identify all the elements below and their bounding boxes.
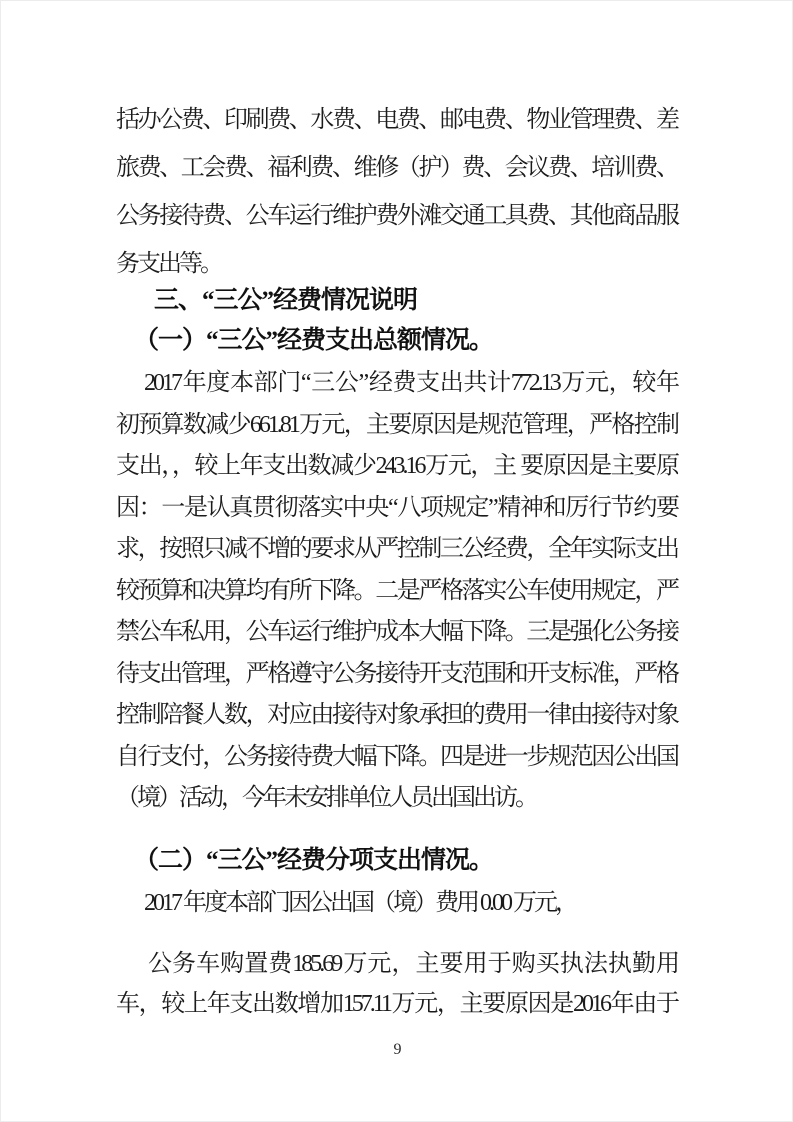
text-line: 较预算和决算均有所下降。二是严格落实公车使用规定，严 [116, 571, 677, 613]
text-line: 旅费、工会费、福利费、维修（护）费、会议费、培训费、 [116, 144, 677, 192]
text-line: 禁公车私用，公车运行维护成本大幅下降。三是强化公务接 [116, 612, 677, 654]
text-line: 待支出管理，严格遵守公务接待开支范围和开支标准，严格 [116, 654, 677, 696]
text-line: （境）活动，今年未安排单位人员出国出访。 [116, 778, 677, 820]
text-line: 括办公费、印刷费、水费、电费、邮电费、物业管理费、差 [116, 96, 677, 144]
document-page: 括办公费、印刷费、水费、电费、邮电费、物业管理费、差旅费、工会费、福利费、维修（… [0, 0, 793, 1122]
text-line: 支出，，较上年支出数减少243.16万元，主 要原因是主要原 [116, 446, 677, 488]
text-line: 初预算数减少661.81万元，主要原因是规范管理，严格控制 [116, 405, 677, 447]
paragraph-vehicle-expense: 公务车购置费185.69万元，主要用于购买执法执勤用车，较上年支出数增加157.… [116, 944, 677, 1024]
text-line: 务支出等。 [116, 240, 677, 288]
text-line: 自行支付，公务接待费大幅下降。四是进一步规范因公出国 [116, 737, 677, 779]
subsection-heading-2: （二）“三公”经费分项支出情况。 [116, 846, 695, 876]
subsection-heading-1: （一）“三公”经费支出总额情况。 [116, 326, 695, 356]
text-line: 控制陪餐人数，对应由接待对象承担的费用一律由接待对象 [116, 695, 677, 737]
text-line: 公务接待费、公车运行维护费外滩交通工具费、其他商品服 [116, 192, 677, 240]
text-line: 2017年度本部门“三公”经费支出共计772.13万元，较年 [116, 363, 677, 405]
text-line: 车，较上年支出数增加157.11万元，主要原因是2016年由于 [116, 984, 677, 1024]
paragraph-total-expense: 2017年度本部门“三公”经费支出共计772.13万元，较年初预算数减少661.… [116, 363, 677, 820]
page-number: 9 [1, 1041, 793, 1059]
paragraph-abroad-expense: 2017 年度本部门因公出国（境）费用 0.00 万元， [116, 883, 677, 923]
text-line: 因：一是认真贯彻落实中央“八项规定”精神和厉行节约要 [116, 488, 677, 530]
text-line: 2017 年度本部门因公出国（境）费用 0.00 万元， [116, 883, 677, 923]
section-heading: 三、“三公”经费情况说明 [116, 286, 715, 316]
text-line: 公务车购置费185.69万元，主要用于购买执法执勤用 [116, 944, 677, 984]
text-line: 求，按照只减不增的要求从严控制三公经费，全年实际支出 [116, 529, 677, 571]
paragraph-expense-items: 括办公费、印刷费、水费、电费、邮电费、物业管理费、差旅费、工会费、福利费、维修（… [116, 96, 677, 288]
